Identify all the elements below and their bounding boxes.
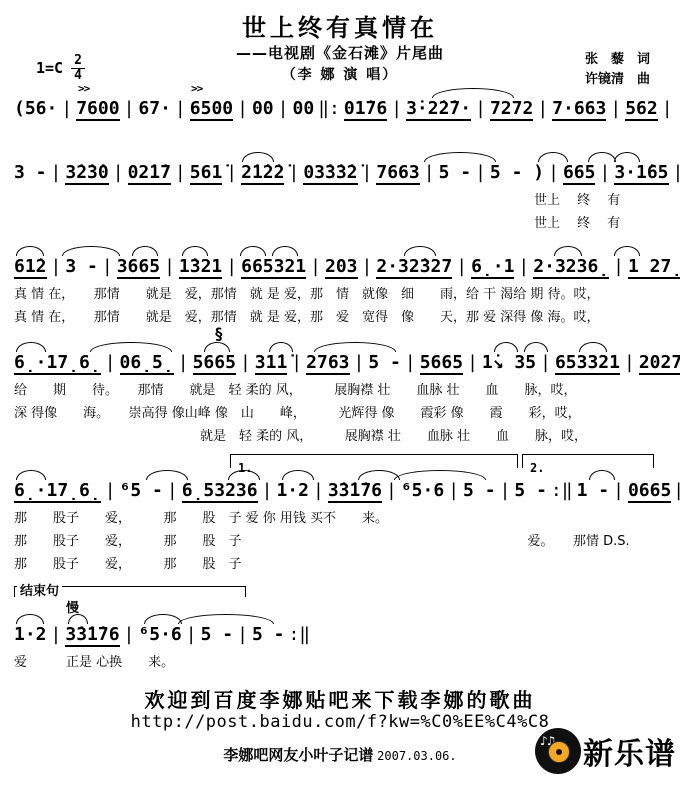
barline: | [548,160,559,186]
key-time-signature: 1=C 2 4 [36,54,85,82]
slur-arc [394,470,486,480]
barline: | [291,350,302,376]
measure: 6̣·17̣6̣ [14,480,101,503]
barline: | [610,96,621,122]
slur-arc [579,342,607,352]
measure: 1̇↘ 35 [482,350,536,376]
barline: | [500,478,511,504]
barline: | [164,254,175,280]
slur-arc [16,246,44,256]
measure: 3̇3̇1̇76 [328,480,382,503]
barline: | [354,350,365,376]
measure: 2763 [306,352,349,375]
barline: | [240,350,251,376]
music-line: (56·|7600|67·|6500|00|00‖:01̇76|3̇·2̇2̇7… [14,96,674,122]
measure: 6500 [190,98,233,121]
lyric-line: 世上 终 有 [14,212,674,235]
barline: | [662,96,673,122]
measure: 561̇ [190,162,223,185]
measure: 2·32̇327 [376,256,452,279]
barline: | [448,478,459,504]
slur-arc [16,614,44,624]
slur-arc [242,152,274,162]
record-spindle [556,749,562,755]
measure: (56· [14,96,57,122]
lyric-line: 那 股子 爱， 那 股 子 爱。 那情 D.S. [14,530,674,553]
measure: 06̣5̣ [120,352,174,375]
barline: | [262,478,273,504]
measure: 1·2 [14,622,47,648]
slur-arc [432,88,514,98]
slur-arc [404,246,436,256]
measure: 203 [325,256,358,279]
slur-arc [144,614,182,624]
vinyl-record-icon: ♪♫ [535,728,581,774]
measure: ⁶5 - [120,478,163,504]
ending-phrase-label: 结束句 [17,579,62,605]
barline: | [310,254,321,280]
measure: 6̣·1 [471,256,514,279]
promo-text: 欢迎到百度李娜贴吧来下载李娜的歌曲 [0,684,680,713]
slur-arc [314,342,396,352]
measure: 3̇3̇1̇76 [65,624,119,647]
barline: | [175,96,186,122]
slur-arc [90,342,172,352]
barline: | [424,160,435,186]
barline: | [237,622,248,648]
credits: 张 藜 词 许镜清 曲 [585,50,650,90]
lyric-line: 世上 终 有 [14,189,674,212]
measure: 3665 [117,256,160,279]
ending-phrase-bracket: 结束句 [14,586,246,597]
lyric-line: 那 股子 爱， 那 股 子 [14,553,674,576]
measure: 5665 [193,352,236,375]
barline: | [540,350,551,376]
slur-arc [204,342,230,352]
measure: 3 - [65,254,98,280]
lyric-line: 爱 正是 心换 来。 [14,651,674,674]
barline: :‖ [288,622,310,648]
slur-arc [240,246,266,256]
score-system-1: (56·|7600|67·|6500|00|00‖:01̇76|3̇·2̇2̇7… [14,96,674,125]
slur-arc [269,342,293,352]
measure: 562 [625,98,658,121]
barline: | [178,350,189,376]
transcription-date: 2007.03.06. [377,749,456,763]
slur-arc [494,342,518,352]
lyric-line: 真 情 在， 那情 就是 爱，那情 就 是 爱，那 爱 宽得 像 天，那 爱 深… [14,306,674,329]
barline: | [51,160,62,186]
measure: 2̇1̇2̇2̇ [241,162,284,185]
barline: | [51,254,62,280]
measure: 67· [138,96,171,122]
slur-arc [424,152,496,162]
measure: ⁶5·6 [401,478,444,504]
time-signature-numerator: 2 [71,54,85,69]
score-system-4: 6̣·17̣6̣|06̣5̣|5665|31̇1̇|2763|5 -|5665|… [14,350,674,448]
measure: 5 - ) [490,160,544,186]
slur-arc [272,246,298,256]
measure: 7663 [376,162,419,185]
barline: | [362,254,373,280]
measure: 2027 [639,352,680,375]
site-logo: ♪♫ 新乐谱 [535,728,676,774]
score-system-2: 3 -|3̇2̇3̇0|02̇1̇7|561̇|2̇1̇2̇2̇|03̇3̇3̇… [14,160,674,235]
barline: | [475,96,486,122]
barline: | [175,160,186,186]
music-sheet: 世上终有真情在 ——电视剧《金石滩》片尾曲 （李 娜 演 唱） 1=C 2 4 … [0,0,680,785]
barline: | [599,160,610,186]
measure: 01̇76 [344,98,387,121]
slur-arc [614,152,640,162]
measure: 31̇1̇ [255,352,288,375]
measure: 03̇3̇3̇2̇ [303,162,357,185]
song-title: 世上终有真情在 [0,8,680,43]
measure: 6̣53236 [182,480,258,503]
barline: | [186,622,197,648]
slur-arc [16,342,46,352]
barline: | [105,478,116,504]
score-system-3: 61̇2|3 -|3665|1̇321|665321|203|2·32̇327|… [14,254,674,329]
music-line: 6̣·17̣6̣|⁶5 -|6̣53236|1·2|3̇3̇1̇76|⁶5·6|… [14,478,674,504]
barline: | [673,160,680,186]
measure: 2·3236̣ [533,256,609,279]
music-line: 6̣·17̣6̣|06̣5̣|5665|31̇1̇|2763|5 -|5665|… [14,350,674,376]
barline: | [386,478,397,504]
barline: | [391,96,402,122]
barline: | [624,350,635,376]
volta-bracket: 1. [230,454,518,468]
barline: | [613,478,624,504]
barline: | [537,96,548,122]
measure: 7·663 [552,98,606,121]
slur-arc [524,342,548,352]
barline: | [518,254,529,280]
barline: | [102,254,113,280]
logo-text: 新乐谱 [583,729,676,773]
song-subtitle: ——电视剧《金石滩》片尾曲 [0,42,680,63]
measure: 665321 [241,256,306,279]
barline: | [61,96,72,122]
key-signature: 1=C [36,59,63,77]
music-line: 3 -|3̇2̇3̇0|02̇1̇7|561̇|2̇1̇2̇2̇|03̇3̇3̇… [14,160,674,186]
time-signature-denominator: 4 [71,69,85,83]
barline: | [226,254,237,280]
slur-arc [62,246,120,256]
barline: | [475,160,486,186]
volta-bracket: 2. [522,454,654,468]
measure: 665 [563,162,596,185]
measure: 1 - [577,478,610,504]
measure: 02̇1̇7 [128,162,171,185]
barline: | [105,350,116,376]
measure: 5665 [420,352,463,375]
measure: 1·2 [276,478,309,504]
segno-mark: § [214,326,224,342]
slur-arc [589,470,615,480]
barline: | [237,96,248,122]
measure: 1̇321 [179,256,222,279]
barline: | [167,478,178,504]
measure: 5 - [463,478,496,504]
slur-arc [178,614,274,624]
accent-mark: >> [191,83,202,94]
lyricist-credit: 张 藜 词 [585,50,650,70]
barline: | [124,96,135,122]
barline: | [405,350,416,376]
barline: | [124,622,135,648]
barline: | [362,160,373,186]
measure: 5 - [368,350,401,376]
slur-arc [554,246,582,256]
measure: 6̣·17̣6̣ [14,352,101,375]
composer-credit: 许镜清 曲 [585,70,650,90]
slur-arc [68,614,88,624]
measure: 61̇2 [14,256,47,279]
measure: 3 - [14,160,47,186]
barline: | [456,254,467,280]
music-line: 61̇2|3 -|3665|1̇321|665321|203|2·32̇327|… [14,254,674,280]
score-system-6: 1·2|3̇3̇1̇76|⁶5·6|5 -|5 -:‖结束句慢爱 正是 心换 来… [14,622,674,674]
slur-arc [16,470,46,480]
barline: | [226,160,237,186]
barline: | [613,254,624,280]
measure: 3̇·2̇2̇7· [406,98,471,121]
measure: 5 - [514,478,547,504]
lyric-line: 给 期 待。 那情 就是 轻 柔的 风， 展胸襟 壮 血脉 壮 血 脉，哎， [14,379,674,402]
measure: 5 - [439,160,472,186]
lyric-line: 深 得像 海。 崇高得 像山峰 像 山 峰， 光辉得 像 霞彩 像 霞 彩，哎， [14,402,674,425]
barline: ‖: [318,96,340,122]
barline: ‖ [675,478,680,504]
measure: 5 - [252,622,285,648]
slur-arc [538,152,568,162]
measure: 7272 [490,98,533,121]
barline: | [278,96,289,122]
measure: 0665 [628,480,671,503]
measure: 653321 [555,352,620,375]
volta-label: 2. [527,455,547,481]
measure: 00 [252,96,274,122]
lyric-line: 就是 轻 柔的 风， 展胸襟 壮 血脉 壮 血 脉，哎， [14,425,674,448]
slur-arc [588,152,616,162]
record-label [548,741,570,763]
measure: 3̇2̇3̇0 [65,162,108,185]
measure: ⁶5·6 [138,622,181,648]
barline: | [313,478,324,504]
slur-arc [614,246,640,256]
barline: | [51,622,62,648]
measure: 1 27̣ [628,256,680,279]
measure: 3·1̇65 [614,162,668,185]
time-signature: 2 4 [71,54,85,82]
slur-arc [282,470,314,480]
barline: | [113,160,124,186]
performer-line: （李 娜 演 唱） [0,64,680,84]
barline: | [467,350,478,376]
transcriber-name: 李娜吧网友小叶子记谱 [223,748,373,764]
barline: | [288,160,299,186]
measure: 5 - [201,622,234,648]
measure: 00 [293,96,315,122]
slur-arc [132,246,158,256]
accent-mark: >> [78,83,89,94]
measure: 7600 [76,98,119,121]
slur-arc [182,246,208,256]
music-line: 1·2|3̇3̇1̇76|⁶5·6|5 -|5 -:‖结束句慢 [14,622,674,648]
slur-arc [146,470,188,480]
lyric-line: 真 情 在， 那情 就是 爱，那情 就 是 爱，那 情 就像 细 雨，给 干 渴… [14,283,674,306]
barline: :‖ [551,478,573,504]
lyric-line: 那 股子 爱， 那 股 子 爱 你 用钱 买不 来。 [14,507,674,530]
score-system-5: 6̣·17̣6̣|⁶5 -|6̣53236|1·2|3̇3̇1̇76|⁶5·6|… [14,478,674,576]
